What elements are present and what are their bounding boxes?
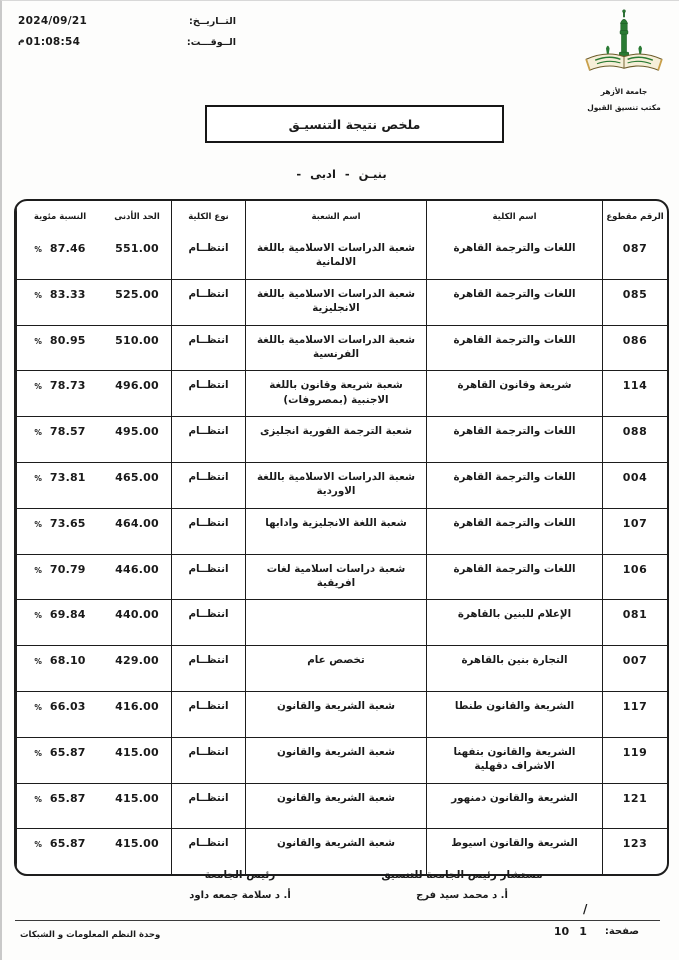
branch-cell: شعبة الشريعة والقانون xyxy=(246,692,427,737)
college-cell: الإعلام للبنين بالقاهرة xyxy=(427,600,603,645)
college-cell: اللغات والترجمة القاهرة xyxy=(427,417,603,462)
percent-sign: % xyxy=(34,699,42,714)
president-title: رئيس الجامعة xyxy=(120,869,360,881)
min-score-cell: 416.00 xyxy=(103,692,172,737)
percent-cell: %69.84 xyxy=(16,600,103,645)
percent-cell: %80.95 xyxy=(16,326,103,371)
min-score-cell: 440.00 xyxy=(103,600,172,645)
type-cell: انتظــام xyxy=(172,509,246,554)
college-cell: اللغات والترجمة القاهرة xyxy=(427,509,603,554)
percent-sign: % xyxy=(34,424,42,439)
college-cell: الشريعة والقانون بتفهنا الاشراف دقهلية xyxy=(427,738,603,783)
footer-divider xyxy=(15,920,660,921)
header-code: الرقم مقطوع xyxy=(603,201,667,234)
table-row: 107اللغات والترجمة القاهرةشعبة اللغة الا… xyxy=(16,508,667,554)
header-college: اسم الكلية xyxy=(427,201,603,234)
percent-sign: % xyxy=(34,470,42,485)
percent-sign: % xyxy=(34,516,42,531)
page-label: صفحة: xyxy=(605,926,639,937)
percent-cell: %65.87 xyxy=(16,738,103,783)
table-body: 087اللغات والترجمة القاهرةشعبة الدراسات … xyxy=(16,234,667,874)
type-cell: انتظــام xyxy=(172,600,246,645)
datetime-block: التــاريــخ: 2024/09/21 الــوقـــت: م01:… xyxy=(18,15,236,57)
table-row: 114شريعة وقانون القاهرةشعبة شريعة وقانون… xyxy=(16,370,667,416)
percent-cell: %78.57 xyxy=(16,417,103,462)
scanned-report-page: { "meta": { "date_label": "التــاريــخ:"… xyxy=(0,0,679,960)
percent-cell: %87.46 xyxy=(16,234,103,279)
header-min: الحد الأدنى xyxy=(103,201,172,234)
college-cell: شريعة وقانون القاهرة xyxy=(427,371,603,416)
code-cell: 123 xyxy=(603,829,667,874)
table-row: 004اللغات والترجمة القاهرةشعبة الدراسات … xyxy=(16,462,667,508)
report-title-box: ملخص نتيجة التنسيـق xyxy=(205,105,504,143)
type-cell: انتظــام xyxy=(172,784,246,829)
min-score-cell: 415.00 xyxy=(103,829,172,874)
percent-value: 65.87 xyxy=(50,836,86,851)
office-name: مكتب تنسيق القبول xyxy=(576,103,672,112)
branch-cell: شعبة الشريعة والقانون xyxy=(246,738,427,783)
percent-sign: % xyxy=(34,836,42,851)
percent-value: 80.95 xyxy=(50,333,86,348)
advisor-name: أ. د محمد سيد فرج xyxy=(337,890,587,901)
table-row: 117الشريعة والقانون طنطاشعبة الشريعة وال… xyxy=(16,691,667,737)
code-cell: 004 xyxy=(603,463,667,508)
percent-value: 65.87 xyxy=(50,791,86,806)
table-row: 088اللغات والترجمة القاهرةشعبة الترجمة ا… xyxy=(16,416,667,462)
percent-cell: %70.79 xyxy=(16,555,103,600)
time-row: الــوقـــت: م01:08:54 xyxy=(18,36,236,48)
type-cell: انتظــام xyxy=(172,371,246,416)
branch-cell: شعبة اللغة الانجليزية وادابها xyxy=(246,509,427,554)
code-cell: 007 xyxy=(603,646,667,691)
branch-cell: شعبة الترجمة الفورية انجليزى xyxy=(246,417,427,462)
branch-cell: شعبة الشريعة والقانون xyxy=(246,829,427,874)
percent-value: 83.33 xyxy=(50,287,86,302)
header-percent: النسبة مئوية xyxy=(16,201,103,234)
min-score-cell: 429.00 xyxy=(103,646,172,691)
college-cell: اللغات والترجمة القاهرة xyxy=(427,326,603,371)
percent-value: 78.57 xyxy=(50,424,86,439)
header-branch: اسم الشعبة xyxy=(246,201,427,234)
min-score-cell: 510.00 xyxy=(103,326,172,371)
percent-sign: % xyxy=(34,653,42,668)
date-row: التــاريــخ: 2024/09/21 xyxy=(18,15,236,27)
branch-cell xyxy=(246,600,427,645)
branch-cell: شعبة الدراسات الاسلامية باللغة الاوردية xyxy=(246,463,427,508)
table-row: 087اللغات والترجمة القاهرةشعبة الدراسات … xyxy=(16,234,667,279)
subtitle-dash: - xyxy=(345,167,350,181)
percent-sign: % xyxy=(34,745,42,760)
alazhar-logo-block: جامعة الأزهر مكتب تنسيق القبول xyxy=(576,7,672,112)
type-cell: انتظــام xyxy=(172,463,246,508)
code-cell: 119 xyxy=(603,738,667,783)
percent-cell: %68.10 xyxy=(16,646,103,691)
page-current: 1 xyxy=(579,925,587,938)
percent-cell: %66.03 xyxy=(16,692,103,737)
type-cell: انتظــام xyxy=(172,234,246,279)
percent-value: 73.65 xyxy=(50,516,86,531)
code-cell: 085 xyxy=(603,280,667,325)
college-cell: اللغات والترجمة القاهرة xyxy=(427,555,603,600)
percent-sign: % xyxy=(34,241,42,256)
advisor-title: مستشار رئيس الجامعة للتنسيق xyxy=(337,869,587,881)
college-cell: الشريعة والقانون دمنهور xyxy=(427,784,603,829)
university-name: جامعة الأزهر xyxy=(576,87,672,96)
min-score-cell: 495.00 xyxy=(103,417,172,462)
percent-cell: %73.65 xyxy=(16,509,103,554)
branch-cell: شعبة الشريعة والقانون xyxy=(246,784,427,829)
table-row: 121الشريعة والقانون دمنهورشعبة الشريعة و… xyxy=(16,783,667,829)
percent-cell: %73.81 xyxy=(16,463,103,508)
table-header-row: الرقم مقطوع اسم الكلية اسم الشعبة نوع ال… xyxy=(16,201,667,234)
header-type: نوع الكلية xyxy=(172,201,246,234)
code-cell: 086 xyxy=(603,326,667,371)
min-score-cell: 551.00 xyxy=(103,234,172,279)
table-row: 085اللغات والترجمة القاهرةشعبة الدراسات … xyxy=(16,279,667,325)
type-cell: انتظــام xyxy=(172,555,246,600)
min-score-cell: 446.00 xyxy=(103,555,172,600)
time-digits: 01:08:54 xyxy=(26,36,81,48)
percent-value: 87.46 xyxy=(50,241,86,256)
table-row: 123الشريعة والقانون اسيوطشعبة الشريعة وا… xyxy=(16,828,667,874)
percent-cell: %65.87 xyxy=(16,829,103,874)
code-cell: 087 xyxy=(603,234,667,279)
table-row: 086اللغات والترجمة القاهرةشعبة الدراسات … xyxy=(16,325,667,371)
college-cell: اللغات والترجمة القاهرة xyxy=(427,234,603,279)
percent-value: 70.79 xyxy=(50,562,86,577)
time-value: م01:08:54 xyxy=(18,36,80,48)
table-row: 081الإعلام للبنين بالقاهرةانتظــام440.00… xyxy=(16,599,667,645)
code-cell: 088 xyxy=(603,417,667,462)
type-cell: انتظــام xyxy=(172,417,246,462)
percent-value: 73.81 xyxy=(50,470,86,485)
branch-cell: شعبة الدراسات الاسلامية باللغة الفرنسية xyxy=(246,326,427,371)
branch-cell: شعبة دراسات اسلامية لغات افريقية xyxy=(246,555,427,600)
time-label: الــوقـــت: xyxy=(187,37,236,48)
percent-sign: % xyxy=(34,791,42,806)
code-cell: 117 xyxy=(603,692,667,737)
type-cell: انتظــام xyxy=(172,280,246,325)
min-score-cell: 465.00 xyxy=(103,463,172,508)
percent-value: 69.84 xyxy=(50,607,86,622)
president-signature-block: رئيس الجامعة أ. د سلامة جمعه داود xyxy=(120,869,360,901)
subtitle-gender: بنيـن xyxy=(359,167,387,181)
date-value: 2024/09/21 xyxy=(18,15,87,27)
min-score-cell: 525.00 xyxy=(103,280,172,325)
code-cell: 081 xyxy=(603,600,667,645)
president-name: أ. د سلامة جمعه داود xyxy=(120,890,360,901)
min-score-cell: 415.00 xyxy=(103,738,172,783)
branch-cell: شعبة الدراسات الاسلامية باللغة الانجليزي… xyxy=(246,280,427,325)
percent-sign: % xyxy=(34,287,42,302)
advisor-signature-block: مستشار رئيس الجامعة للتنسيق أ. د محمد سي… xyxy=(337,869,587,901)
date-label: التــاريــخ: xyxy=(189,16,236,27)
table-row: 106اللغات والترجمة القاهرةشعبة دراسات اس… xyxy=(16,554,667,600)
type-cell: انتظــام xyxy=(172,829,246,874)
branch-cell: شعبة شريعة وقانون باللغة الاجنبية (بمصرو… xyxy=(246,371,427,416)
min-score-cell: 464.00 xyxy=(103,509,172,554)
table-row: 007التجارة بنين بالقاهرةتخصص عامانتظــام… xyxy=(16,645,667,691)
percent-value: 68.10 xyxy=(50,653,86,668)
code-cell: 121 xyxy=(603,784,667,829)
college-cell: اللغات والترجمة القاهرة xyxy=(427,280,603,325)
college-cell: اللغات والترجمة القاهرة xyxy=(427,463,603,508)
percent-sign: % xyxy=(34,607,42,622)
college-cell: الشريعة والقانون اسيوط xyxy=(427,829,603,874)
branch-cell: شعبة الدراسات الاسلامية باللغة الالمانية xyxy=(246,234,427,279)
alazhar-emblem-logo xyxy=(579,7,669,81)
branch-cell: تخصص عام xyxy=(246,646,427,691)
page-total: 10 xyxy=(554,925,569,938)
subtitle-track: ادبى xyxy=(310,167,336,181)
results-table: الرقم مقطوع اسم الكلية اسم الشعبة نوع ال… xyxy=(14,199,669,876)
type-cell: انتظــام xyxy=(172,692,246,737)
type-cell: انتظــام xyxy=(172,738,246,783)
percent-sign: % xyxy=(34,333,42,348)
percent-value: 65.87 xyxy=(50,745,86,760)
college-cell: التجارة بنين بالقاهرة xyxy=(427,646,603,691)
it-unit-caption: وحدة النظم المعلومات و الشبكات xyxy=(20,930,160,940)
percent-sign: % xyxy=(34,378,42,393)
min-score-cell: 496.00 xyxy=(103,371,172,416)
type-cell: انتظــام xyxy=(172,646,246,691)
min-score-cell: 415.00 xyxy=(103,784,172,829)
page-slash: / xyxy=(583,902,587,916)
percent-value: 66.03 xyxy=(50,699,86,714)
percent-cell: %65.87 xyxy=(16,784,103,829)
code-cell: 106 xyxy=(603,555,667,600)
table-row: 119الشريعة والقانون بتفهنا الاشراف دقهلي… xyxy=(16,737,667,783)
percent-cell: %78.73 xyxy=(16,371,103,416)
college-cell: الشريعة والقانون طنطا xyxy=(427,692,603,737)
type-cell: انتظــام xyxy=(172,326,246,371)
time-meridiem: م xyxy=(18,36,25,48)
report-subtitle: - ادبى - بنيـن xyxy=(2,167,679,181)
code-cell: 107 xyxy=(603,509,667,554)
percent-sign: % xyxy=(34,562,42,577)
code-cell: 114 xyxy=(603,371,667,416)
report-title: ملخص نتيجة التنسيـق xyxy=(289,117,421,132)
subtitle-dash: - xyxy=(296,167,301,181)
percent-value: 78.73 xyxy=(50,378,86,393)
percent-cell: %83.33 xyxy=(16,280,103,325)
